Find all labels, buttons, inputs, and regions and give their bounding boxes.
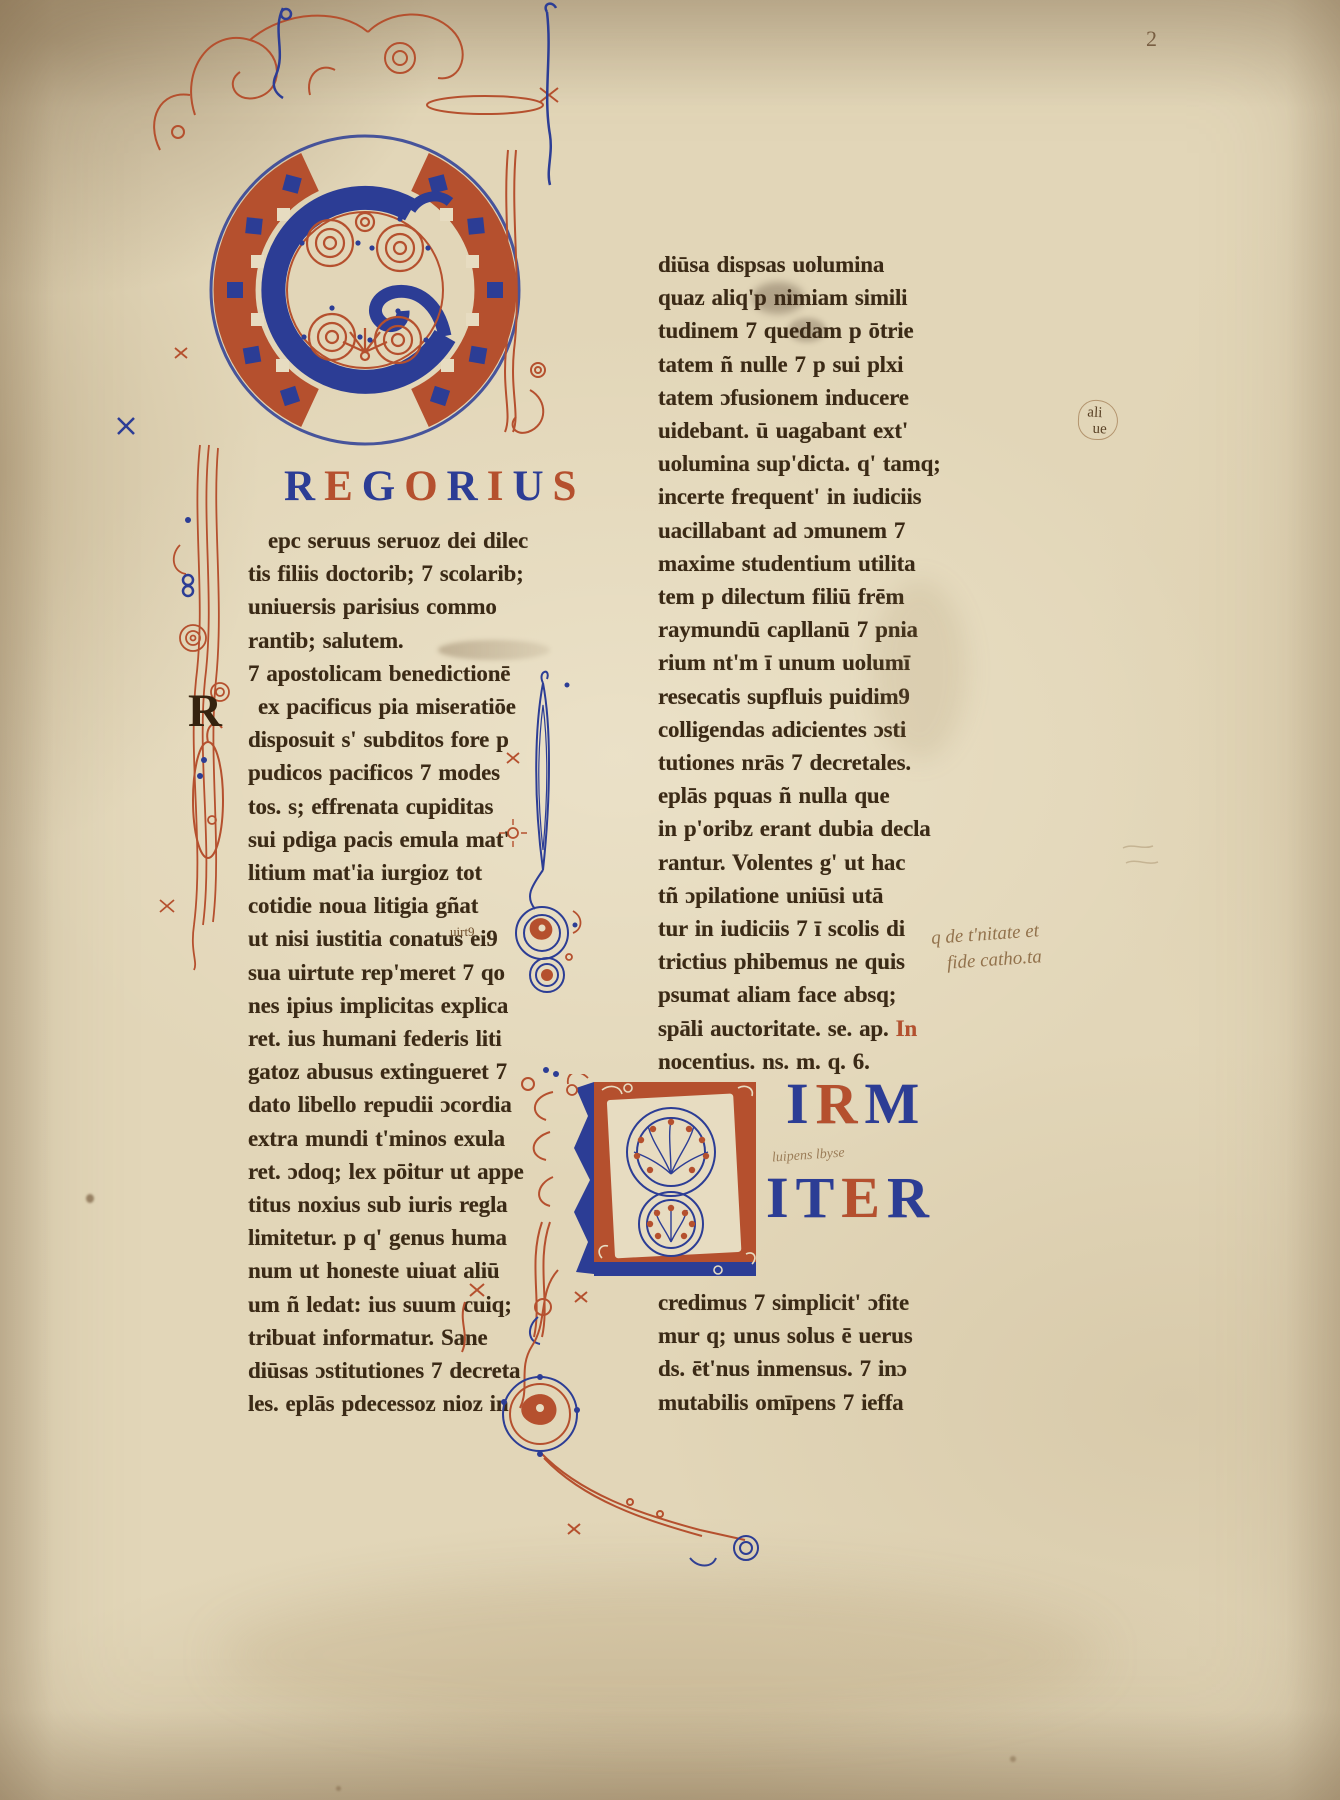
incipit-letter: E <box>324 463 362 510</box>
rex-initial-loop <box>193 724 223 858</box>
display-letter: I <box>766 1165 796 1230</box>
parchment-stain <box>872 580 967 760</box>
manuscript-page: 2 <box>0 0 1340 1800</box>
display-letter: T <box>796 1165 842 1230</box>
g-letter-body <box>211 136 519 444</box>
filigree-top-red <box>154 14 558 150</box>
text-line: les. eplās pdecessoz nioz in <box>248 1387 528 1420</box>
ink-smudge <box>788 318 826 342</box>
text-line: incerte frequent' in iudiciis <box>658 480 941 513</box>
text-line: mutabilis omīpens 7 ieffa <box>658 1386 913 1419</box>
filigree-right <box>505 150 545 433</box>
text-line: extra mundi t'minos exula <box>248 1122 528 1155</box>
parchment-spot <box>336 1786 341 1791</box>
rex-initial-letter: R <box>188 684 222 738</box>
text-line: num ut honeste uiuat aliū <box>248 1254 528 1287</box>
text-line: dato libello repudii ɔcordia <box>248 1088 528 1121</box>
text-line: tñ ɔpilatione uniūsi utā <box>658 879 941 912</box>
margin-scratch-marks <box>1118 838 1178 878</box>
incipit-letter: O <box>404 463 446 510</box>
text-line: sui pdiga pacis emula mat' <box>248 823 528 856</box>
text-line: disposuit s' subditos fore p <box>248 723 528 756</box>
text-line: uidebant. ū uagabant ext' <box>658 414 941 447</box>
text-line: tatem ñ nulle 7 p sui plxi <box>658 348 941 381</box>
text-line: uniuersis parisius commo <box>248 590 528 623</box>
text-line: tatem ɔfusionem inducere <box>658 381 941 414</box>
incipit-letter: R <box>447 463 487 510</box>
margin-blue-marks <box>118 418 193 596</box>
incipit-letter: G <box>362 463 404 510</box>
text-line: mur q; unus solus ē uerus <box>658 1319 913 1352</box>
text-line: eplās pquas ñ nulla que <box>658 779 941 812</box>
margin-rubric-note: q de t'nitate et fide catho.ta <box>930 918 1042 977</box>
text-line: tis filiis doctorib; 7 scolarib; <box>248 557 528 590</box>
text-line: ds. ēt'nus inmensus. 7 inɔ <box>658 1352 913 1385</box>
parchment-stain <box>220 1580 1100 1730</box>
text-line: tribuat informatur. Sane <box>248 1321 528 1354</box>
text-line: tos. s; effrenata cupiditas <box>248 790 528 823</box>
incipit-letter: R <box>284 463 324 510</box>
text-line: tur in iudiciis 7 ī scolis di <box>658 912 941 945</box>
display-letter: I <box>786 1071 816 1136</box>
firmiter-initial-F-panel <box>558 1074 768 1286</box>
circled-marginal-gloss: ali ue <box>1077 399 1119 441</box>
text-line: 7 apostolicam benedictionē <box>248 657 528 690</box>
text-line: rantur. Volentes g' ut hac <box>658 846 941 879</box>
text-line: in p'oribz erant dubia decla <box>658 812 941 845</box>
text-line: trictius phibemus ne quis <box>658 945 941 978</box>
margin-blue-dots <box>185 517 207 779</box>
text-line: psumat aliam face absq; <box>658 978 941 1011</box>
erasure-smudge <box>438 640 550 660</box>
incipit-letter: I <box>487 463 513 510</box>
text-segment: spāli auctoritate. se. ap. <box>658 1016 896 1041</box>
red-initial-in: In <box>896 1016 917 1041</box>
incipit-letter: U <box>512 463 552 510</box>
incipit-word-gregorius: REGORIUS <box>284 462 585 511</box>
text-line: pudicos pacificos 7 modes <box>248 756 528 789</box>
filigree-left-cascade <box>160 348 229 970</box>
parchment-spot <box>1010 1756 1016 1762</box>
text-line: gatoz abusus extingueret 7 <box>248 1055 528 1088</box>
firmiter-illuminated-block: IRM ITER <box>558 1068 988 1288</box>
text-line: litium mat'ia iurgioz tot <box>248 856 528 889</box>
g-stepped-cream <box>251 208 479 372</box>
ink-smudge <box>752 282 804 314</box>
filigree-top-blue <box>274 4 556 185</box>
text-line: diūsa dispsas uolumina <box>658 248 941 281</box>
text-line: ret. ius humani federis liti <box>248 1022 528 1055</box>
interlinear-gloss: uirt9 <box>450 924 475 940</box>
gloss-line: ue <box>1086 420 1107 437</box>
text-line: um ñ ledat: ius suum cuiq; <box>248 1288 528 1321</box>
text-line: maxime studentium utilita <box>658 547 941 580</box>
parchment-spot <box>86 1194 94 1203</box>
text-line: uolumina sup'dicta. q' tamq; <box>658 447 941 480</box>
text-line: spāli auctoritate. se. ap. In <box>658 1012 941 1045</box>
display-letter: R <box>887 1165 936 1230</box>
text-block-credimus: credimus 7 simplicit' ɔfite mur q; unus … <box>658 1286 913 1419</box>
display-letter: M <box>864 1071 926 1136</box>
text-line: ex pacificus pia miseratiōe <box>248 690 528 723</box>
g-red-crescents <box>235 172 496 408</box>
text-line: ut nisi iustitia conatus ei9 <box>248 922 528 955</box>
text-line: diūsas ɔstitutiones 7 decreta <box>248 1354 528 1387</box>
g-inner-ring <box>287 212 443 368</box>
firmiter-letters-row2: ITER <box>766 1164 936 1231</box>
g-interior-dots <box>299 211 430 342</box>
display-letter: R <box>816 1071 865 1136</box>
display-letter: E <box>841 1165 887 1230</box>
firmiter-letters-row1: IRM <box>786 1070 926 1137</box>
text-line: epc seruus seruoz dei dilec <box>248 524 528 557</box>
incipit-letter: S <box>553 463 586 510</box>
page-number: 2 <box>1146 26 1157 52</box>
text-line: nes ipius implicitas explica <box>248 989 528 1022</box>
gloss-line: ali <box>1087 404 1108 421</box>
text-line: titus noxius sub iuris regla <box>248 1188 528 1221</box>
text-line: sua uirtute rep'meret 7 qo <box>248 956 528 989</box>
g-stepped-blue <box>227 174 503 406</box>
text-line: cotidie noua litigia gñat <box>248 889 528 922</box>
g-interior-spirals <box>307 213 423 363</box>
text-line: ret. ɔdoq; lex pōitur ut appe <box>248 1155 528 1188</box>
text-line: credimus 7 simplicit' ɔfite <box>658 1286 913 1319</box>
text-line: limitetur. p q' genus huma <box>248 1221 528 1254</box>
text-line: uacillabant ad ɔmunem 7 <box>658 514 941 547</box>
